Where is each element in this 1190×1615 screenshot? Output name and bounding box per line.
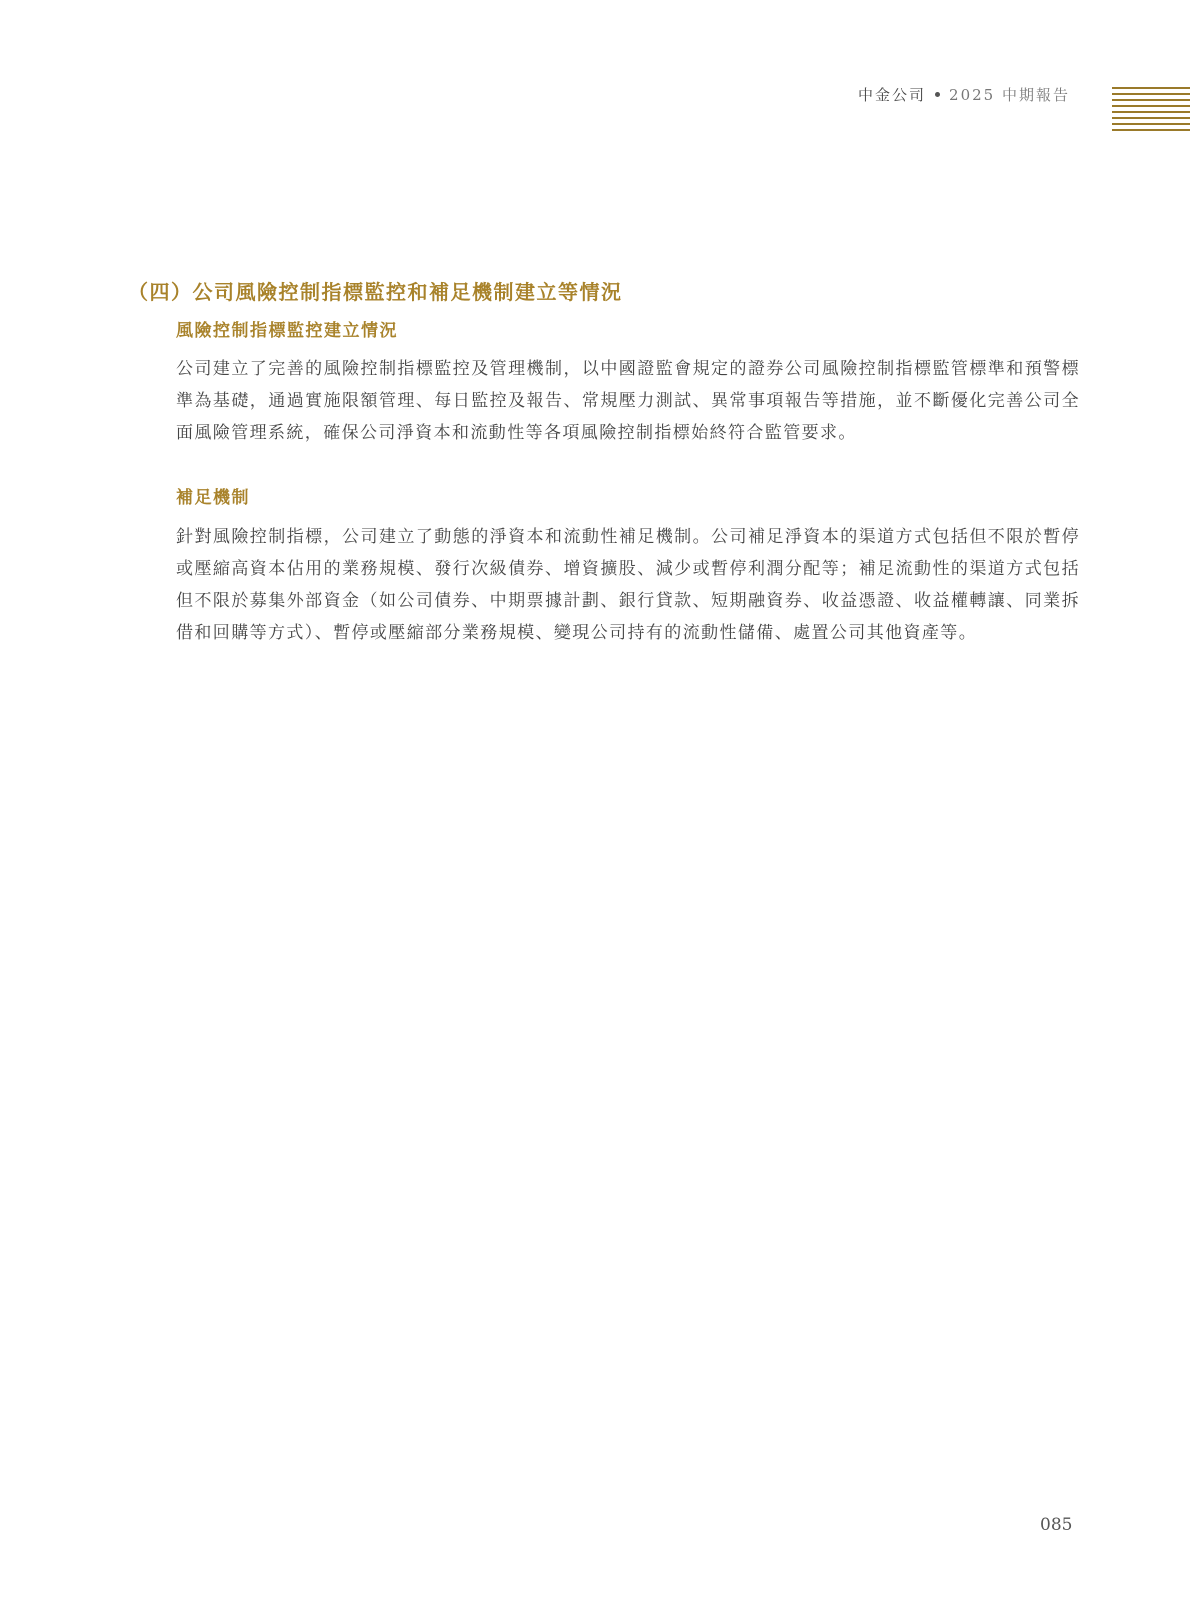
page-number: 085 [1040,1515,1072,1535]
section-title: （四）公司風險控制指標監控和補足機制建立等情況 [128,276,623,305]
stripe-line [1112,99,1190,101]
stripe-line [1112,123,1190,125]
header-company: 中金公司 [858,86,926,104]
stripe-line [1112,87,1190,89]
subsection-heading-monitoring: 風險控制指標監控建立情況 [176,316,398,341]
stripe-line [1112,129,1190,131]
paragraph-monitoring: 公司建立了完善的風險控制指標監控及管理機制，以中國證監會規定的證券公司風險控制指… [176,353,1080,449]
bullet-separator-icon [935,92,940,97]
stripe-line [1112,93,1190,95]
running-header: 中金公司2025 中期報告 [858,84,1070,105]
paragraph-replenishment: 針對風險控制指標，公司建立了動態的淨資本和流動性補足機制。公司補足淨資本的渠道方… [176,521,1080,649]
stripe-line [1112,117,1190,119]
stripe-line [1112,111,1190,113]
decorative-stripes [1112,87,1190,137]
header-report-title: 2025 中期報告 [949,86,1070,104]
subsection-heading-replenishment: 補足機制 [176,483,250,508]
stripe-line [1112,105,1190,107]
